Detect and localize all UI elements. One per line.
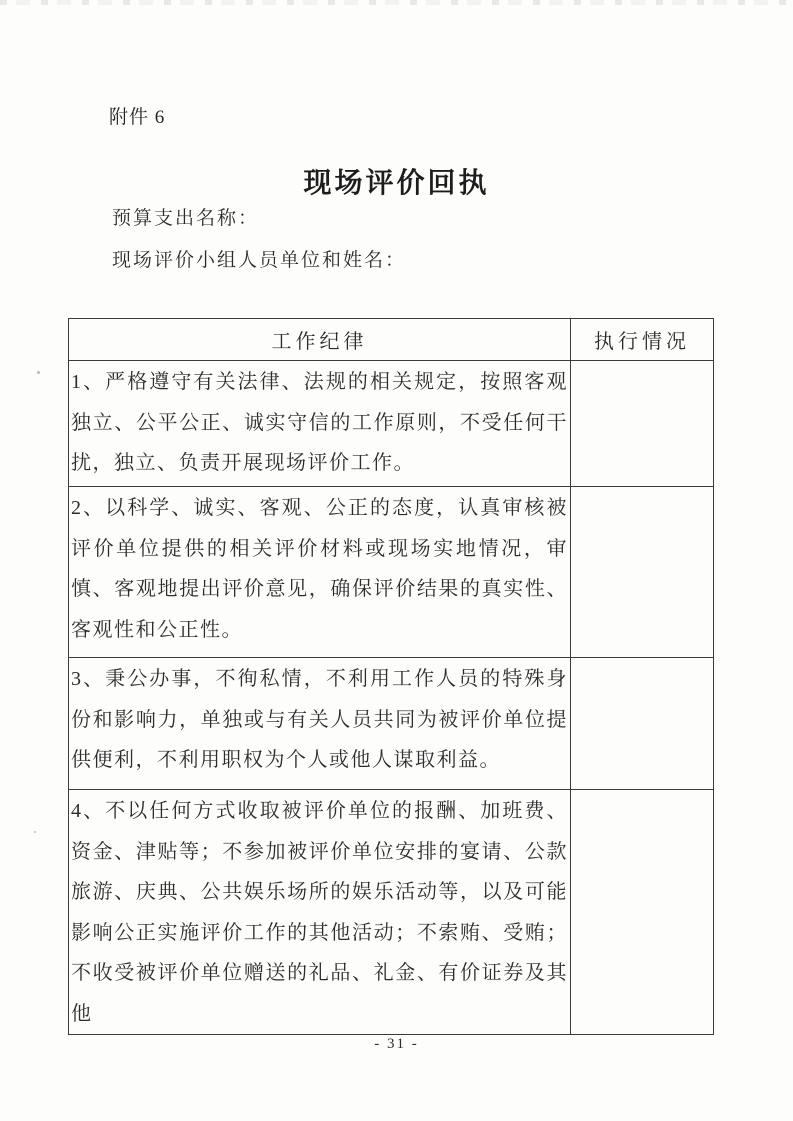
table-row: 1、严格遵守有关法律、法规的相关规定，按照客观独立、公平公正、诚实守信的工作原则… (69, 361, 714, 487)
status-cell (571, 361, 714, 487)
table-header-row: 工作纪律 执行情况 (69, 319, 714, 361)
scanned-document-page: 附件 6 现场评价回执 预算支出名称： 现场评价小组人员单位和姓名： 工作纪律 … (0, 0, 793, 1121)
discipline-cell: 1、严格遵守有关法律、法规的相关规定，按照客观独立、公平公正、诚实守信的工作原则… (69, 361, 571, 487)
table-row: 4、不以任何方式收取被评价单位的报酬、加班费、资金、津贴等；不参加被评价单位安排… (69, 790, 714, 1035)
budget-name-label: 预算支出名称： (112, 203, 259, 230)
scan-speck (34, 831, 36, 833)
table-header-discipline: 工作纪律 (69, 319, 571, 361)
scan-noise-strip (0, 0, 793, 5)
discipline-cell: 2、以科学、诚实、客观、公正的态度，认真审核被评价单位提供的相关评价材料或现场实… (69, 487, 571, 658)
discipline-cell: 3、秉公办事，不徇私情，不利用工作人员的特殊身份和影响力，单独或与有关人员共同为… (69, 658, 571, 790)
attachment-label: 附件 6 (109, 102, 165, 129)
page-number: - 31 - (0, 1036, 793, 1053)
document-title: 现场评价回执 (0, 161, 793, 201)
table-header-status: 执行情况 (571, 319, 714, 361)
team-members-label: 现场评价小组人员单位和姓名： (112, 245, 406, 272)
status-cell (571, 790, 714, 1035)
discipline-cell: 4、不以任何方式收取被评价单位的报酬、加班费、资金、津贴等；不参加被评价单位安排… (69, 790, 571, 1035)
discipline-table: 工作纪律 执行情况 1、严格遵守有关法律、法规的相关规定，按照客观独立、公平公正… (68, 318, 714, 1035)
status-cell (571, 658, 714, 790)
table-row: 2、以科学、诚实、客观、公正的态度，认真审核被评价单位提供的相关评价材料或现场实… (69, 487, 714, 658)
status-cell (571, 487, 714, 658)
table-row: 3、秉公办事，不徇私情，不利用工作人员的特殊身份和影响力，单独或与有关人员共同为… (69, 658, 714, 790)
scan-speck (37, 371, 40, 374)
